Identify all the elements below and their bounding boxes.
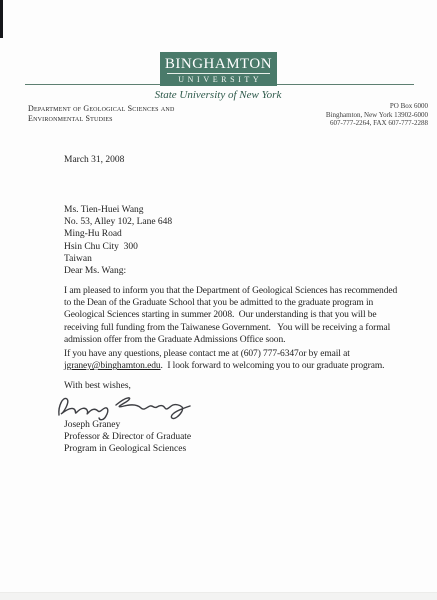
department-line-1: Department of Geological Sciences and (28, 104, 175, 114)
letterhead-contact-block: PO Box 6000 Binghamton, New York 13902-6… (326, 102, 428, 128)
letter-date: March 31, 2008 (64, 155, 124, 165)
scan-edge-artifact (0, 0, 3, 38)
recipient-address-line: Ming-Hu Road (64, 228, 172, 240)
logo-divider-line (167, 73, 270, 74)
scan-bottom-edge (0, 592, 437, 600)
paragraph-line: receiving full funding from the Taiwanes… (64, 322, 397, 334)
signer-title-line: Program in Geological Sciences (64, 444, 191, 456)
letterhead-rule-right (277, 84, 414, 85)
department-line-2: Environmental Studies (28, 114, 175, 124)
phone-fax-line: 607-777-2264, FAX 607-777-2288 (326, 119, 428, 128)
signature-block: Joseph Graney Professor & Director of Gr… (64, 420, 191, 455)
logo-wordmark-university: UNIVERSITY (175, 75, 263, 84)
paragraph-line: to the Dean of the Graduate School that … (64, 297, 397, 309)
letterhead-rule-left (25, 84, 160, 85)
po-box-line: PO Box 6000 (326, 102, 428, 111)
university-logo: BINGHAMTON UNIVERSITY (160, 52, 277, 86)
signer-title-line: Professor & Director of Graduate (64, 432, 191, 444)
salutation: Dear Ms. Wang: (64, 266, 126, 276)
letterhead-tagline: State University of New York (128, 89, 308, 101)
recipient-address-block: Ms. Tien-Huei Wang No. 53, Alley 102, La… (64, 204, 172, 265)
paragraph-line: admission offer from the Graduate Admiss… (64, 334, 397, 346)
paragraph-line-rest: . I look forward to welcoming you to our… (161, 361, 385, 371)
body-paragraph-1: I am pleased to inform you that the Depa… (64, 285, 397, 346)
paragraph-line: Geological Sciences starting in summer 2… (64, 309, 397, 321)
recipient-country: Taiwan (64, 253, 172, 265)
department-name-block: Department of Geological Sciences and En… (28, 104, 175, 123)
recipient-name: Ms. Tien-Huei Wang (64, 204, 172, 216)
paragraph-line: jgraney@binghamton.edu. I look forward t… (64, 360, 384, 372)
paragraph-line: If you have any questions, please contac… (64, 348, 384, 360)
logo-wordmark-binghamton: BINGHAMTON (165, 56, 272, 72)
paragraph-line: I am pleased to inform you that the Depa… (64, 285, 397, 297)
recipient-address-line: Hsin Chu City 300 (64, 241, 172, 253)
scanned-letter-page: BINGHAMTON UNIVERSITY State University o… (0, 0, 437, 600)
signer-name: Joseph Graney (64, 420, 191, 432)
city-state-zip-line: Binghamton, New York 13902-6000 (326, 111, 428, 120)
body-paragraph-2: If you have any questions, please contac… (64, 348, 384, 372)
email-address: jgraney@binghamton.edu (64, 361, 161, 371)
recipient-address-line: No. 53, Alley 102, Lane 648 (64, 216, 172, 228)
